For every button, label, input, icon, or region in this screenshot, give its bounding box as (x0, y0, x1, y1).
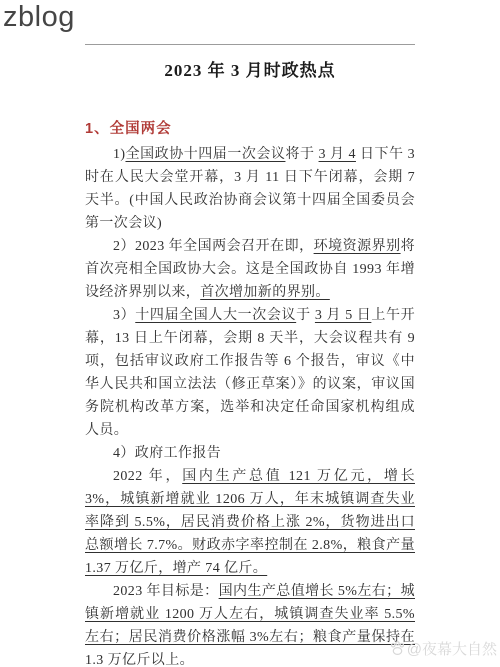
text-segment: 2022 年， (113, 469, 182, 484)
paw-icon (389, 640, 406, 657)
document-title: 2023 年 3 月时政热点 (85, 59, 415, 83)
text-segment: 于 (296, 308, 315, 323)
text-segment: 4）政府工作报告 (113, 446, 221, 461)
underlined-segment: 环境资源界别 (314, 239, 401, 254)
text-segment: 3） (113, 308, 135, 323)
underlined-segment: 国内生产总值 121 万亿元，增长 3%，城镇新增就业 1206 万人，年末城镇… (85, 469, 415, 576)
paragraph-6: 2023 年目标是：国内生产总值增长 5%左右；城镇新增就业 1200 万人左右… (85, 580, 415, 667)
text-segment: 2023 年目标是： (113, 584, 219, 599)
document-page: 2023 年 3 月时政热点 1、全国两会 1)全国政协十四届一次会议将于 3 … (85, 44, 415, 667)
text-segment: 上午开幕，13 日上午闭幕，会期 8 天半，大会议程共有 9 项，包括审议政府工… (85, 308, 415, 438)
underlined-segment: 首次增加新的界别。 (200, 285, 330, 300)
paragraph-5: 2022 年，国内生产总值 121 万亿元，增长 3%，城镇新增就业 1206 … (85, 465, 415, 580)
underlined-segment: 3 月 4 (319, 147, 356, 162)
site-logo[interactable]: zblog (3, 1, 75, 34)
text-segment: 1) (113, 147, 125, 162)
section-heading: 1、全国两会 (85, 121, 415, 138)
paragraph-3: 3）十四届全国人大一次会议于 3 月 5 日上午开幕，13 日上午闭幕，会期 8… (85, 304, 415, 442)
underlined-segment: 全国政协十四届一次会议 (125, 147, 285, 162)
paragraph-2: 2）2023 年全国两会召开在即，环境资源界别将首次亮相全国政协大会。这是全国政… (85, 235, 415, 304)
text-segment: 2）2023 年全国两会召开在即， (113, 239, 314, 254)
paragraph-1: 1)全国政协十四届一次会议将于 3 月 4 日下午 3 时在人民大会堂开幕，3 … (85, 143, 415, 235)
underlined-segment: 3 月 5 日 (315, 308, 371, 323)
watermark: @夜幕大自然 (389, 638, 497, 659)
text-segment: 将于 (285, 147, 318, 162)
underlined-segment: 十四届全国人大一次会议 (135, 308, 296, 323)
watermark-text: @夜幕大自然 (407, 638, 497, 659)
paragraph-4: 4）政府工作报告 (85, 442, 415, 465)
